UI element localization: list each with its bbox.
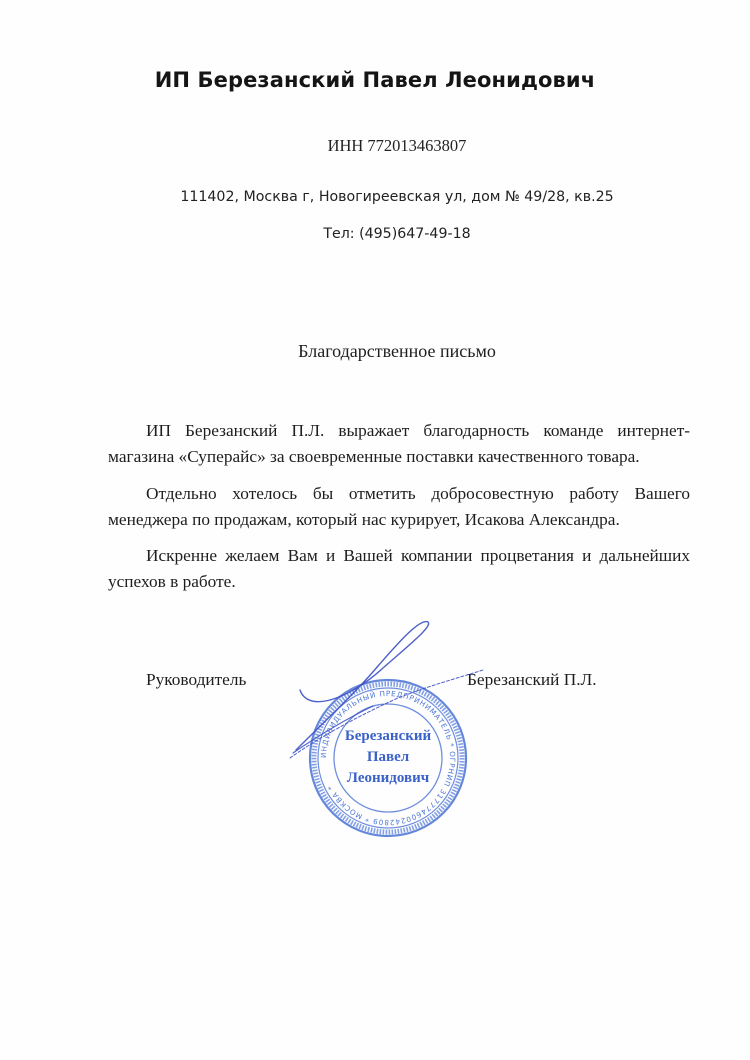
company-address: 111402, Москва г, Новогиреевская ул, дом… bbox=[0, 189, 750, 205]
paragraph-gratitude: ИП Березанский П.Л. выражает благодарнос… bbox=[146, 418, 690, 470]
paragraph-line: Отдельно хотелось бы отметить добросовес… bbox=[146, 481, 690, 507]
paragraph-line: ИП Березанский П.Л. выражает благодарнос… bbox=[146, 418, 690, 444]
company-title: ИП Березанский Павел Леонидович bbox=[0, 68, 750, 92]
official-stamp: ИНДИВИДУАЛЬНЫЙ ПРЕДПРИНИМАТЕЛЬ * ОГРНИП … bbox=[288, 618, 488, 838]
company-phone: Тел: (495)647-49-18 bbox=[0, 226, 750, 242]
letter-page: ИП Березанский Павел Леонидович ИНН 7720… bbox=[0, 0, 750, 1060]
stamp-line: Павел bbox=[367, 749, 410, 765]
stamp-line: Березанский bbox=[345, 728, 432, 744]
paragraph-wishes: Искренне желаем Вам и Вашей компании про… bbox=[146, 543, 690, 595]
paragraph-line: успехов в работе. bbox=[108, 569, 690, 595]
stamp-icon: ИНДИВИДУАЛЬНЫЙ ПРЕДПРИНИМАТЕЛЬ * ОГРНИП … bbox=[288, 618, 488, 838]
paragraph-line: магазина «Суперайс» за своевременные пос… bbox=[108, 444, 690, 470]
letter-title: Благодарственное письмо bbox=[0, 341, 750, 362]
paragraph-manager: Отдельно хотелось бы отметить добросовес… bbox=[146, 481, 690, 533]
signatory-role: Руководитель bbox=[146, 670, 246, 690]
stamp-line: Леонидович bbox=[347, 770, 430, 786]
inn-number: ИНН 772013463807 bbox=[0, 136, 750, 156]
paragraph-line: менеджера по продажам, который нас курир… bbox=[108, 507, 690, 533]
paragraph-line: Искренне желаем Вам и Вашей компании про… bbox=[146, 543, 690, 569]
